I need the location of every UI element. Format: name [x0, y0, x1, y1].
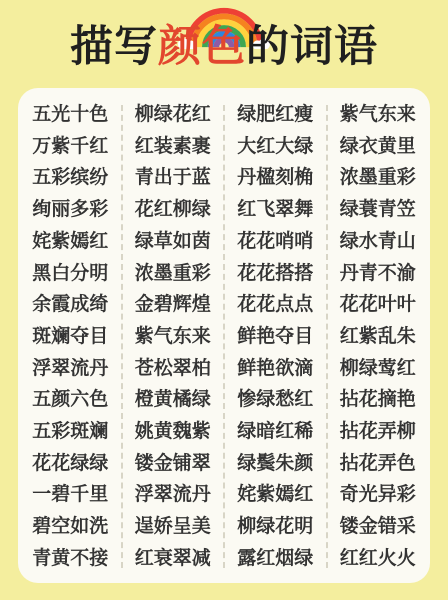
word-item: 余霞成绮 — [32, 295, 108, 314]
word-item: 花花绿绿 — [32, 454, 108, 473]
word-item: 丹青不渝 — [340, 264, 416, 283]
word-item: 逞娇呈美 — [135, 517, 211, 536]
word-item: 柳绿莺红 — [340, 359, 416, 378]
word-item: 绚丽多彩 — [32, 200, 108, 219]
word-item: 拈花摘艳 — [340, 390, 416, 409]
word-item: 五彩斑斓 — [32, 422, 108, 441]
word-column-3: 绿肥红瘦大红大绿丹楹刻桷红飞翠舞花花哨哨花花搭搭花花点点鲜艳夺目鲜艳欲滴惨绿愁红… — [225, 105, 328, 568]
word-item: 红红火火 — [340, 549, 416, 568]
word-item: 青出于蓝 — [135, 168, 211, 187]
word-item: 惨绿愁红 — [237, 390, 313, 409]
word-item: 姚黄魏紫 — [135, 422, 211, 441]
word-column-1: 五光十色万紫千红五彩缤纷绚丽多彩姹紫嫣红黑白分明余霞成绮斑斓夺目浮翠流丹五颜六色… — [20, 105, 123, 568]
word-item: 浓墨重彩 — [135, 264, 211, 283]
word-column-4: 紫气东来绿衣黄里浓墨重彩绿蓑青笠绿水青山丹青不渝花花叶叶红紫乱朱柳绿莺红拈花摘艳… — [328, 105, 429, 568]
word-item: 五光十色 — [32, 105, 108, 124]
word-list-card: 五光十色万紫千红五彩缤纷绚丽多彩姹紫嫣红黑白分明余霞成绮斑斓夺目浮翠流丹五颜六色… — [18, 88, 430, 583]
word-item: 紫气东来 — [340, 105, 416, 124]
word-item: 花花点点 — [237, 295, 313, 314]
word-item: 镂金铺翠 — [135, 454, 211, 473]
word-item: 浮翠流丹 — [32, 359, 108, 378]
word-item: 五彩缤纷 — [32, 168, 108, 187]
word-item: 拈花弄色 — [340, 454, 416, 473]
word-item: 露红烟绿 — [237, 549, 313, 568]
word-item: 丹楹刻桷 — [237, 168, 313, 187]
title-highlight: 颜色 — [158, 23, 246, 71]
title-suffix: 的词语 — [246, 23, 378, 71]
word-item: 橙黄橘绿 — [135, 390, 211, 409]
word-item: 黑白分明 — [32, 264, 108, 283]
page-header: 描写颜色的词语 — [0, 0, 448, 88]
word-item: 紫气东来 — [135, 327, 211, 346]
word-item: 绿草如茵 — [135, 232, 211, 251]
word-item: 绿水青山 — [340, 232, 416, 251]
word-item: 红飞翠舞 — [237, 200, 313, 219]
word-item: 绿鬓朱颜 — [237, 454, 313, 473]
word-item: 碧空如洗 — [32, 517, 108, 536]
word-item: 花花哨哨 — [237, 232, 313, 251]
word-item: 一碧千里 — [32, 485, 108, 504]
word-item: 绿肥红瘦 — [237, 105, 313, 124]
page-title: 描写颜色的词语 — [0, 24, 448, 71]
word-item: 红装素裹 — [135, 137, 211, 156]
word-item: 柳绿花红 — [135, 105, 211, 124]
word-item: 斑斓夺目 — [32, 327, 108, 346]
word-item: 姹紫嫣红 — [237, 485, 313, 504]
word-item: 绿衣黄里 — [340, 137, 416, 156]
word-column-2: 柳绿花红红装素裹青出于蓝花红柳绿绿草如茵浓墨重彩金碧辉煌紫气东来苍松翠柏橙黄橘绿… — [123, 105, 226, 568]
word-item: 绿蓑青笠 — [340, 200, 416, 219]
word-item: 大红大绿 — [237, 137, 313, 156]
word-item: 花花叶叶 — [340, 295, 416, 314]
word-item: 柳绿花明 — [237, 517, 313, 536]
word-item: 鲜艳欲滴 — [237, 359, 313, 378]
word-item: 浓墨重彩 — [340, 168, 416, 187]
word-item: 姹紫嫣红 — [32, 232, 108, 251]
word-item: 苍松翠柏 — [135, 359, 211, 378]
word-item: 金碧辉煌 — [135, 295, 211, 314]
word-item: 拈花弄柳 — [340, 422, 416, 441]
word-item: 花花搭搭 — [237, 264, 313, 283]
word-item: 鲜艳夺目 — [237, 327, 313, 346]
word-item: 红紫乱朱 — [340, 327, 416, 346]
title-prefix: 描写 — [70, 23, 158, 71]
word-item: 浮翠流丹 — [135, 485, 211, 504]
word-item: 花红柳绿 — [135, 200, 211, 219]
word-item: 镂金错采 — [340, 517, 416, 536]
word-item: 红衰翠减 — [135, 549, 211, 568]
word-item: 五颜六色 — [32, 390, 108, 409]
word-item: 绿暗红稀 — [237, 422, 313, 441]
word-item: 青黄不接 — [32, 549, 108, 568]
word-item: 奇光异彩 — [340, 485, 416, 504]
word-item: 万紫千红 — [32, 137, 108, 156]
